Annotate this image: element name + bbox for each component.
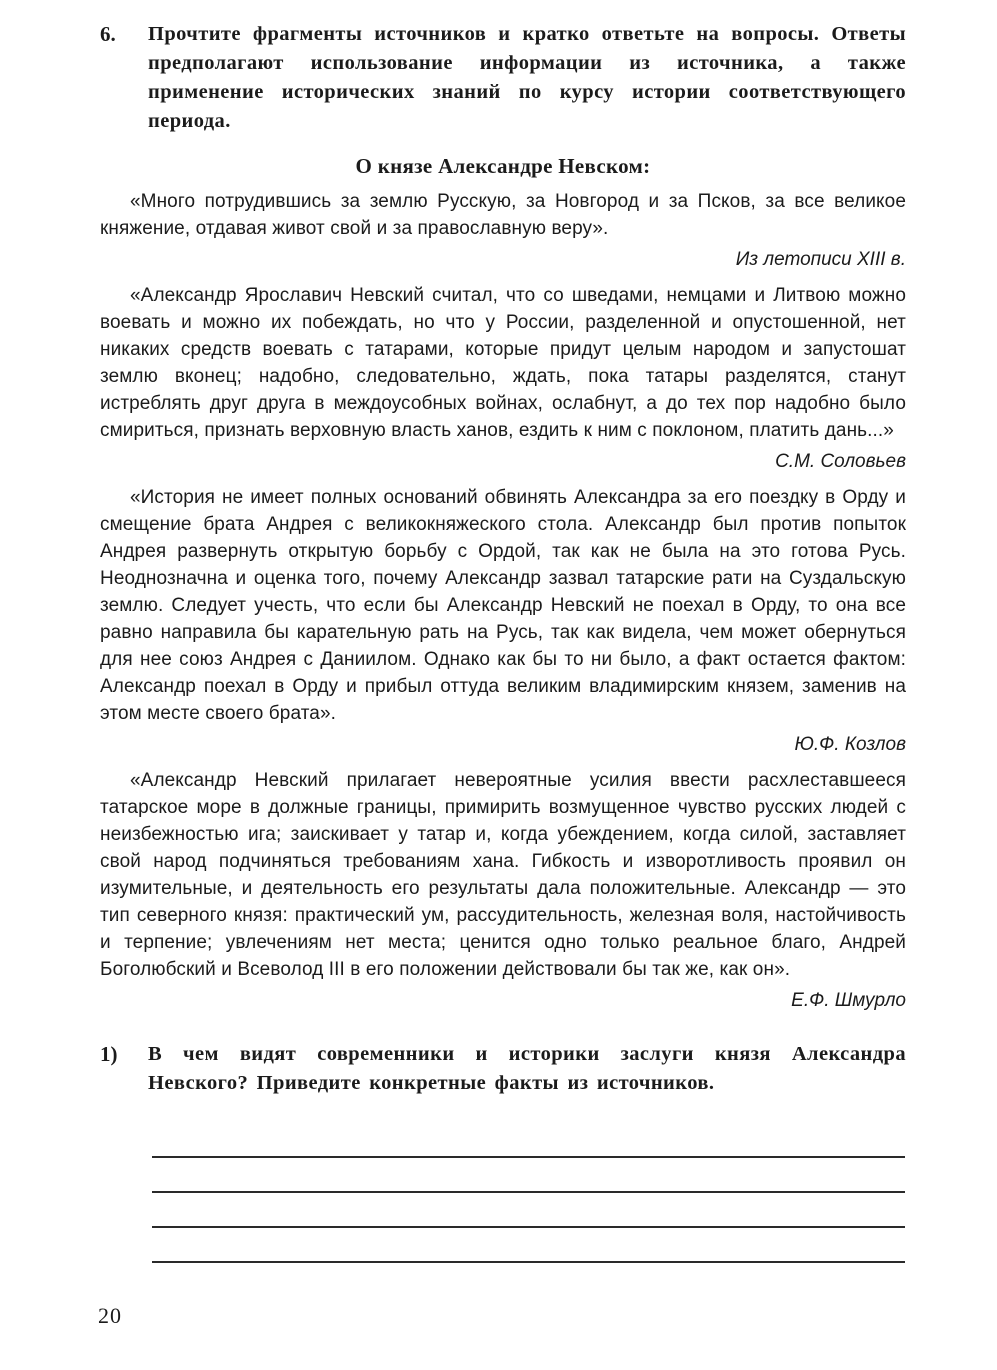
answer-lines-block: [152, 1136, 905, 1263]
page-content: 6. Прочтите фрагменты источников и кратк…: [100, 20, 906, 1263]
task-item-6: 6. Прочтите фрагменты источников и кратк…: [100, 20, 906, 136]
source-quote-chronicle: «Много потрудившись за землю Русскую, за…: [100, 188, 906, 242]
answer-line: [152, 1193, 905, 1228]
source-attribution-shmurlo: Е.Ф. Шмурло: [100, 987, 906, 1014]
source-attribution-kozlov: Ю.Ф. Козлов: [100, 731, 906, 758]
source-attribution-chronicle: Из летописи XIII в.: [100, 246, 906, 273]
answer-line: [152, 1136, 905, 1158]
task-number: 6.: [100, 20, 148, 49]
document-page: 6. Прочтите фрагменты источников и кратк…: [0, 0, 997, 1370]
answer-line: [152, 1228, 905, 1263]
page-number: 20: [98, 1303, 122, 1329]
source-quote-soloviev: «Александр Ярославич Невский считал, что…: [100, 282, 906, 444]
task-text: Прочтите фрагменты источников и кратко о…: [148, 20, 906, 136]
question-number: 1): [100, 1040, 148, 1069]
question-item-1: 1) В чем видят современники и историки з…: [100, 1040, 906, 1098]
source-quote-shmurlo: «Александр Невский прилагает невероятные…: [100, 767, 906, 983]
question-text: В чем видят современники и историки засл…: [148, 1040, 906, 1098]
answer-line: [152, 1158, 905, 1193]
source-attribution-soloviev: С.М. Соловьев: [100, 448, 906, 475]
section-heading: О князе Александре Невском:: [100, 153, 906, 179]
source-quote-kozlov: «История не имеет полных оснований обвин…: [100, 484, 906, 727]
